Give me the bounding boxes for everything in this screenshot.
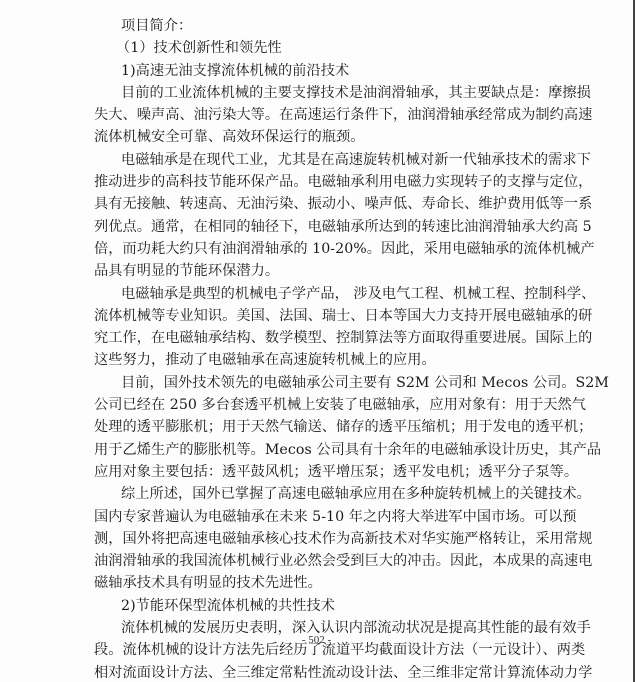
paragraph-line: 目前，国外技术领先的电磁轴承公司主要有 S2M 公司和 Mecos 公司。S2M <box>94 372 526 394</box>
paragraph-line: 失大、噪声高、油污染大等。在高速运行条件下，油润滑轴承经常成为制约高速 <box>94 104 526 126</box>
paragraph-line: 相对流面设计方法、全三维定常粘性流动设计法、全三维非定常计算流体动力学 <box>94 662 526 682</box>
section-heading-intro: 项目简介： <box>94 15 526 37</box>
subsection-heading-1: 1)高速无油支撑流体机械的前沿技术 <box>94 60 526 82</box>
paragraph-line: 油润滑轴承的我国流体机械行业必然会受到巨大的冲击。因此，本成果的高速电 <box>94 550 526 572</box>
paragraph-line: 公司已经在 250 多台套透平机械上安装了电磁轴承，应用对象有：用于天然气 <box>94 394 526 416</box>
paragraph-line: 综上所述，国外已掌握了高速电磁轴承应用在多种旋转机械上的关键技术。 <box>94 483 526 505</box>
paragraph-line: 品具有明显的节能环保潜力。 <box>94 260 526 282</box>
paragraph-line: 推动进步的高科技节能环保产品。电磁轴承利用电磁力实现转子的支撑与定位， <box>94 171 526 193</box>
paragraph-line: 处理的透平膨胀机；用于天然气输送、储存的透平压缩机；用于发电的透平机； <box>94 416 526 438</box>
paragraph-line: 倍，而功耗大约只有油润滑轴承的 10-20%。因此，采用电磁轴承的流体机械产 <box>94 238 526 260</box>
paragraph-line: 列优点。通常，在相同的轴径下，电磁轴承所达到的转速比油润滑轴承大约高 5 <box>94 216 526 238</box>
paragraph-line: 电磁轴承是在现代工业，尤其是在高速旋转机械对新一代轴承技术的需求下 <box>94 149 526 171</box>
paragraph-line: 测，国外将把高速电磁轴承核心技术作为高新技术对华实施严格转让，采用常规 <box>94 528 526 550</box>
paragraph-line: 国内专家普遍认为电磁轴承在未来 5-10 年之内将大举进军中国市场。可以预 <box>94 506 526 528</box>
subsection-heading-2: 2)节能环保型流体机械的共性技术 <box>94 595 526 617</box>
paragraph-line: 究工作，在电磁轴承结构、数学模型、控制算法等方面取得重要进展。国际上的 <box>94 327 526 349</box>
section-heading-innovation: （1）技术创新性和领先性 <box>94 37 526 59</box>
paragraph-line: 流体机械安全可靠、高效环保运行的瓶颈。 <box>94 126 526 148</box>
paragraph-line: 磁轴承技术具有明显的技术先进性。 <box>94 572 526 594</box>
paragraph-line: 电磁轴承是典型的机械电子学产品， 涉及电气工程、机械工程、控制科学、 <box>94 283 526 305</box>
paragraph-line: 应用对象主要包括：透平鼓风机；透平增压泵；透平发电机；透平分子泵等。 <box>94 461 526 483</box>
paragraph-line: 目前的工业流体机械的主要支撑技术是油润滑轴承，其主要缺点是：摩擦损 <box>94 82 526 104</box>
paragraph-line: 用于乙烯生产的膨胀机等。Mecos 公司具有十余年的电磁轴承设计历史，其产品 <box>94 439 526 461</box>
document-page: 项目简介： （1）技术创新性和领先性 1)高速无油支撑流体机械的前沿技术 目前的… <box>0 0 633 682</box>
document-body: 项目简介： （1）技术创新性和领先性 1)高速无油支撑流体机械的前沿技术 目前的… <box>94 15 526 682</box>
paragraph-line: 具有无接触、转速高、无油污染、振动小、噪声低、寿命长、维护费用低等一系 <box>94 193 526 215</box>
paragraph-line: 这些努力，推动了电磁轴承在高速旋转机械上的应用。 <box>94 349 526 371</box>
paragraph-line: 流体机械等专业知识。美国、法国、瑞士、日本等国大力支持开展电磁轴承的研 <box>94 305 526 327</box>
page-number: - 502 - <box>0 634 633 646</box>
